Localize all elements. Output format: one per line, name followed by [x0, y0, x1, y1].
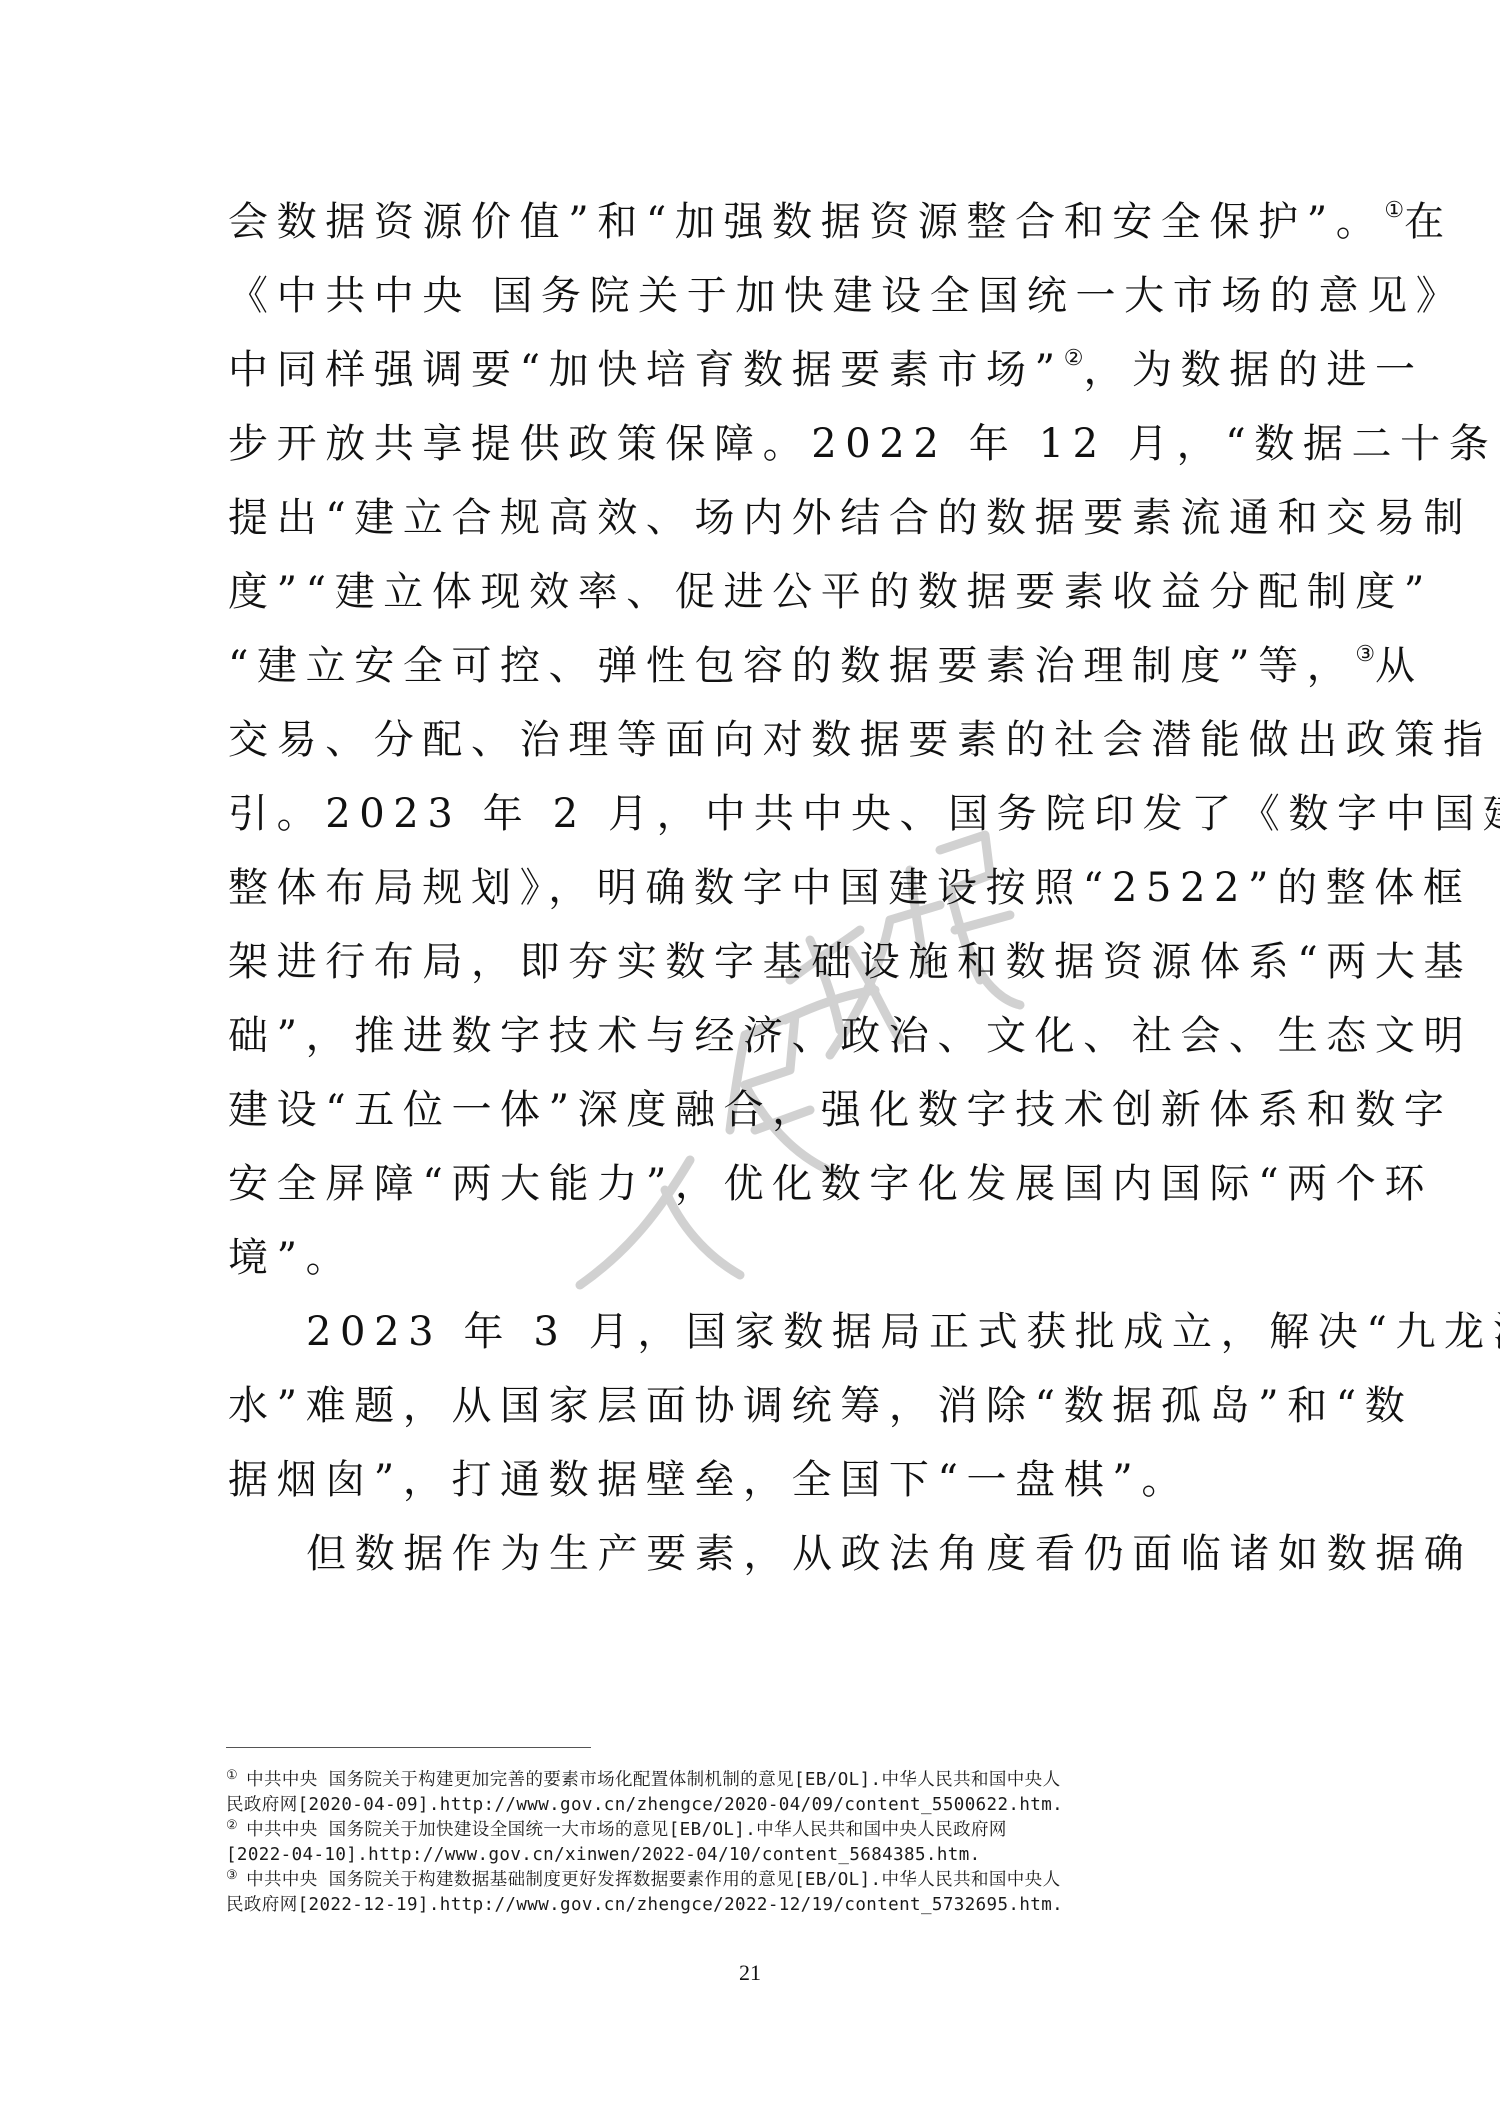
body-text-segment: 安全屏障“两大能力”，优化数字化发展国内国际“两个环: [228, 1161, 1433, 1207]
body-text-segment: ，为数据的进一: [1083, 347, 1423, 393]
footnotes: ①中共中央 国务院关于构建更加完善的要素市场化配置体制机制的意见[EB/OL].…: [226, 1768, 1286, 1918]
footnote-2-mark: ②: [226, 1818, 238, 1833]
body-text-segment: 但数据作为生产要素，从政法角度看仍面临诸如数据确: [306, 1531, 1472, 1577]
footnote-ref-2[interactable]: ②: [1064, 346, 1084, 371]
body-text-segment: 2023 年 3 月，国家数据局正式获批成立，解决“九龙治: [306, 1309, 1500, 1355]
body-text-segment: 据烟囱”，打通数据壁垒，全国下“一盘棋”。: [228, 1457, 1190, 1503]
footnote-3-line-2: 民政府网[2022-12-19].http://www.gov.cn/zheng…: [226, 1893, 1286, 1918]
body-line-1: 会数据资源价值”和“加强数据资源整合和安全保护”。①在: [228, 185, 1278, 259]
body-text-segment: 境”。: [228, 1235, 354, 1281]
footnote-1-text: 中共中央 国务院关于构建更加完善的要素市场化配置体制机制的意见[EB/OL].中…: [246, 1770, 1060, 1790]
footnote-1-line-2: 民政府网[2020-04-09].http://www.gov.cn/zheng…: [226, 1793, 1286, 1818]
footnote-1-mark: ①: [226, 1768, 238, 1783]
body-line-11: 架进行布局，即夯实数字基础设施和数据资源体系“两大基: [228, 925, 1278, 999]
body-text-segment: 架进行布局，即夯实数字基础设施和数据资源体系“两大基: [228, 939, 1472, 985]
body-text-segment: 《中共中央 国务院关于加快建设全国统一大市场的意见》: [228, 273, 1464, 319]
body-text-segment: 水”难题，从国家层面协调统筹，消除“数据孤岛”和“数: [228, 1383, 1413, 1429]
footnote-2-line-2: [2022-04-10].http://www.gov.cn/xinwen/20…: [226, 1843, 1286, 1868]
document-page: 会数据资源价值”和“加强数据资源整合和安全保护”。①在 《中共中央 国务院关于加…: [0, 0, 1500, 2121]
body-line-16: 2023 年 3 月，国家数据局正式获批成立，解决“九龙治: [228, 1295, 1278, 1369]
body-line-6: 度”“建立体现效率、促进公平的数据要素收益分配制度”: [228, 555, 1278, 629]
footnote-3-link[interactable]: 民政府网[2022-12-19].http://www.gov.cn/zheng…: [226, 1895, 1063, 1915]
footnote-3-line-1: ③中共中央 国务院关于构建数据基础制度更好发挥数据要素作用的意见[EB/OL].…: [226, 1868, 1286, 1893]
footnote-1-link[interactable]: 民政府网[2020-04-09].http://www.gov.cn/zheng…: [226, 1795, 1063, 1815]
body-line-3: 中同样强调要“加快培育数据要素市场”②，为数据的进一: [228, 333, 1278, 407]
body-text-segment: 步开放共享提供政策保障。2022 年 12 月，“数据二十条”: [228, 421, 1500, 467]
footnote-divider: [226, 1747, 591, 1748]
body-text-segment: 会数据资源价值”和“加强数据资源整合和安全保护”。: [228, 199, 1384, 245]
footnote-1-line-1: ①中共中央 国务院关于构建更加完善的要素市场化配置体制机制的意见[EB/OL].…: [226, 1768, 1286, 1793]
body-text-segment: 础”，推进数字技术与经济、政治、文化、社会、生态文明: [228, 1013, 1472, 1059]
body-text-segment: 整体布局规划》，明确数字中国建设按照“2522”的整体框: [228, 865, 1472, 911]
body-line-7: “建立安全可控、弹性包容的数据要素治理制度”等，③从: [228, 629, 1278, 703]
body-line-18: 据烟囱”，打通数据壁垒，全国下“一盘棋”。: [228, 1443, 1278, 1517]
body-text: 会数据资源价值”和“加强数据资源整合和安全保护”。①在 《中共中央 国务院关于加…: [228, 185, 1278, 1591]
page-number: 21: [0, 1960, 1500, 1986]
footnote-ref-3[interactable]: ③: [1355, 642, 1375, 667]
body-text-segment: 从: [1375, 643, 1424, 689]
body-line-2: 《中共中央 国务院关于加快建设全国统一大市场的意见》: [228, 259, 1278, 333]
body-text-segment: 度”“建立体现效率、促进公平的数据要素收益分配制度”: [228, 569, 1433, 615]
body-line-17: 水”难题，从国家层面协调统筹，消除“数据孤岛”和“数: [228, 1369, 1278, 1443]
body-text-segment: 提出“建立合规高效、场内外结合的数据要素流通和交易制: [228, 495, 1472, 541]
body-line-4: 步开放共享提供政策保障。2022 年 12 月，“数据二十条”: [228, 407, 1278, 481]
footnote-3-mark: ③: [226, 1868, 238, 1883]
body-text-segment: 建设“五位一体”深度融合，强化数字技术创新体系和数字: [228, 1087, 1453, 1133]
body-line-9: 引。2023 年 2 月，中共中央、国务院印发了《数字中国建设: [228, 777, 1278, 851]
footnote-ref-1[interactable]: ①: [1384, 198, 1404, 223]
footnote-2-line-1: ②中共中央 国务院关于加快建设全国统一大市场的意见[EB/OL].中华人民共和国…: [226, 1818, 1286, 1843]
body-text-segment: “建立安全可控、弹性包容的数据要素治理制度”等，: [228, 643, 1355, 689]
body-line-5: 提出“建立合规高效、场内外结合的数据要素流通和交易制: [228, 481, 1278, 555]
body-line-14: 安全屏障“两大能力”，优化数字化发展国内国际“两个环: [228, 1147, 1278, 1221]
footnote-2-text: 中共中央 国务院关于加快建设全国统一大市场的意见[EB/OL].中华人民共和国中…: [246, 1820, 1007, 1840]
body-line-12: 础”，推进数字技术与经济、政治、文化、社会、生态文明: [228, 999, 1278, 1073]
body-line-10: 整体布局规划》，明确数字中国建设按照“2522”的整体框: [228, 851, 1278, 925]
body-text-segment: 交易、分配、治理等面向对数据要素的社会潜能做出政策指: [228, 717, 1492, 763]
body-text-segment: 中同样强调要“加快培育数据要素市场”: [228, 347, 1064, 393]
body-text-segment: 在: [1404, 199, 1453, 245]
body-line-8: 交易、分配、治理等面向对数据要素的社会潜能做出政策指: [228, 703, 1278, 777]
body-line-13: 建设“五位一体”深度融合，强化数字技术创新体系和数字: [228, 1073, 1278, 1147]
body-text-segment: 引。2023 年 2 月，中共中央、国务院印发了《数字中国建设: [228, 791, 1500, 837]
body-line-19: 但数据作为生产要素，从政法角度看仍面临诸如数据确: [228, 1517, 1278, 1591]
footnote-3-text: 中共中央 国务院关于构建数据基础制度更好发挥数据要素作用的意见[EB/OL].中…: [246, 1870, 1060, 1890]
body-line-15: 境”。: [228, 1221, 1278, 1295]
footnote-2-link[interactable]: [2022-04-10].http://www.gov.cn/xinwen/20…: [226, 1845, 981, 1865]
